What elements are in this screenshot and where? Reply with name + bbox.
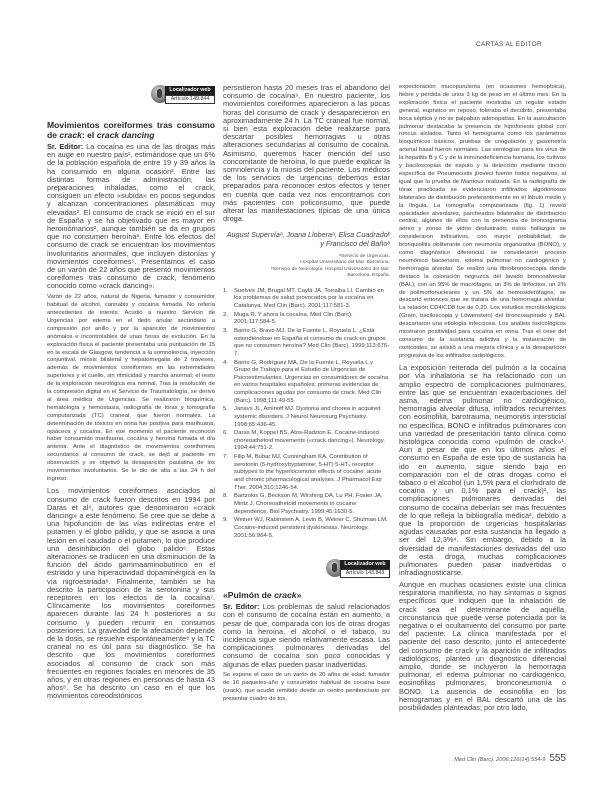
running-header: CARTAS AL EDITOR — [476, 41, 542, 48]
badge-label: Localizador web — [340, 560, 390, 569]
page-number: 555 — [549, 753, 566, 764]
badge-article-id: Artículo 143.843 — [340, 569, 390, 578]
letter1-discussion-cont: persistieron hasta 20 meses tras el aban… — [223, 84, 390, 223]
badge-article-id: Artículo 149.844 — [165, 95, 215, 104]
column-2: persistieron hasta 20 meses tras el aban… — [223, 84, 390, 707]
reference-list: 1.Suelves JM, Brugal MT, Caylà JA, Torra… — [223, 288, 390, 541]
letter1-authors: August Supervíaᵃ, Joana Lloberaᵃ, Elisa … — [223, 231, 390, 249]
reference-item: 9.Weiner WJ, Rabinstein A, Levin B, Wein… — [223, 517, 390, 540]
letter1-intro: Sr. Editor: La cocaína es una de las dro… — [47, 143, 215, 291]
reference-item: 6.Daras M, Koppel BS, Atos-Radzion E. Co… — [223, 430, 390, 453]
letter2-case-report-cont: expectoración mucopurulenta (en ocasione… — [399, 84, 566, 361]
letter2-intro: Sr. Editor: Los problemas de salud relac… — [223, 603, 390, 669]
column-3: expectoración mucopurulenta (en ocasione… — [399, 84, 566, 716]
letter2-discussion-cont: Aunque en muchas ocasiones existe una cl… — [399, 581, 566, 712]
column-1: Localizador web Artículo 149.844 Movimie… — [47, 84, 215, 704]
letter2-discussion: La exposición reiterada del pulmón a la … — [399, 364, 566, 577]
reference-item: 2.Muga R. Y ahora la cocaína. Med Clin (… — [223, 312, 390, 327]
reference-item: 1.Suelves JM, Brugal MT, Caylà JA, Torra… — [223, 288, 390, 311]
journal-citation: Med Clin (Barc). 2006;126(14):554-9 — [454, 757, 545, 763]
reference-item: 3.Barrio G, Bravo MJ, De la Fuente L, Ro… — [223, 328, 390, 358]
web-locator-badge[interactable]: Localizador web Artículo 149.844 — [47, 84, 215, 106]
letter2-case-report: Se expone el caso de un varón de 20 años… — [223, 672, 390, 704]
reference-item: 8.Bartzokis G, Beckson M, Wirshing DA, L… — [223, 493, 390, 516]
reference-item: 4.Barrio G, Rodríguez MA, De la Fuente L… — [223, 360, 390, 406]
reference-item: 7.Filip M, Bubar MJ, Cunningham KA. Cont… — [223, 454, 390, 492]
letter1-case-report: Varón de 22 años, natural de Nigeria, fu… — [47, 294, 215, 484]
letter1-discussion: Los movimientos coreiformes asociados al… — [47, 487, 215, 700]
reference-item: 5.Janavs JL, Aminoff MJ. Dystonia and ch… — [223, 406, 390, 429]
page-footer: Med Clin (Barc). 2006;126(14):554-9555 — [399, 753, 566, 764]
web-locator-badge-2[interactable]: Localizador web Artículo 143.843 — [223, 558, 390, 580]
letter1-affiliations: ᵃServicio de Urgencias. Hospital Univers… — [223, 254, 390, 280]
badge-label: Localizador web — [165, 86, 215, 95]
letter1-title: Movimientos coreiformes tras consumo de … — [47, 120, 215, 140]
letter2-title: «Pulmón de crack» — [223, 590, 390, 600]
